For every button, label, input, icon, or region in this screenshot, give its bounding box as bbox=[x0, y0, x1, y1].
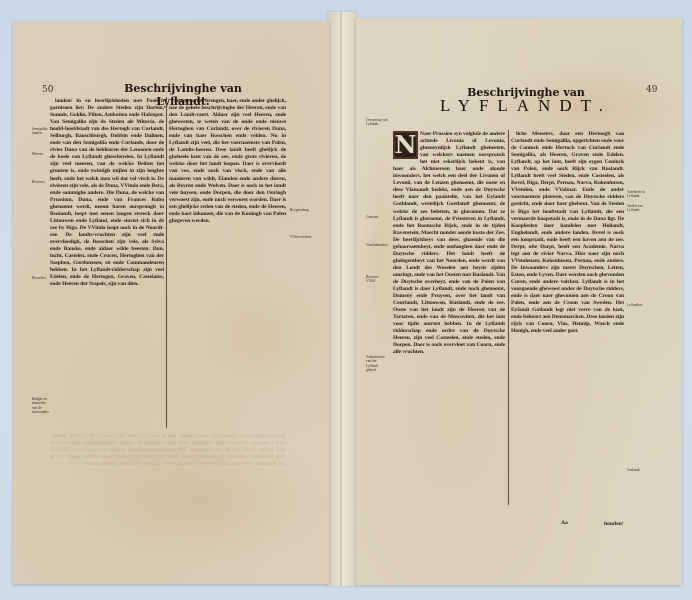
chapter-title: LYFLANDT. bbox=[396, 96, 656, 116]
column-divider bbox=[166, 97, 167, 428]
margin-note: Vruchtbaerheyt. bbox=[366, 243, 388, 247]
margin-note: Bosschen. bbox=[32, 276, 48, 280]
margin-note: Moeren. bbox=[32, 152, 48, 156]
signature-mark: Aa bbox=[561, 520, 568, 526]
show-through-text: Beschrijvinghe van Lyflandt ende andere … bbox=[50, 433, 286, 545]
margin-note: Rivieren. bbox=[32, 180, 48, 184]
margin-note: Schermeister van het Lyflandt gebied. bbox=[366, 355, 388, 373]
initial-spacer bbox=[393, 131, 420, 160]
page-number: 49 bbox=[646, 85, 657, 95]
spine-fold bbox=[340, 12, 342, 586]
margin-note: Gotlandt. bbox=[627, 468, 649, 472]
margin-note: Rivieren. VVild. bbox=[366, 275, 388, 284]
book-spine bbox=[327, 12, 357, 586]
margin-note: Steden van Lyflandt. bbox=[627, 204, 649, 213]
margin-note: VVeer-wolven. bbox=[290, 235, 312, 239]
column-text: Naer Prussien syn volghde de andere acht… bbox=[393, 131, 505, 357]
text-column-1: Naer Prussien syn volghde de andere acht… bbox=[393, 131, 505, 491]
column-text: landen/ in en heerlijckheden met Poolsch… bbox=[50, 98, 164, 288]
margin-note: Reygerschap. bbox=[290, 208, 312, 212]
column-text: aengeroerde, brengen, haer, ende ander g… bbox=[169, 98, 286, 225]
right-page: 49 Beschrijvinghe van LYFLANDT. N Naer P… bbox=[356, 18, 682, 585]
margin-note: Grenzen. bbox=[366, 215, 388, 219]
column-divider bbox=[508, 130, 509, 505]
column-text: liche Meesters, door een Hertoogh van Cu… bbox=[511, 131, 624, 335]
catchword: houden/ bbox=[604, 521, 623, 527]
page-number: 50 bbox=[42, 85, 53, 95]
margin-note: Religie en manieren van de inwoonders. bbox=[32, 397, 48, 415]
margin-note: Semigallia landen. bbox=[32, 127, 48, 136]
text-column-2: aengeroerde, brengen, haer, ende ander g… bbox=[169, 98, 286, 427]
margin-note: Oorsprong van Lyflandt. bbox=[366, 118, 388, 127]
margin-note: Lyflanders. bbox=[627, 303, 649, 307]
text-column-2: liche Meesters, door een Hertoogh van Cu… bbox=[511, 131, 624, 505]
margin-note: Vaerbiede in Lyflandt. bbox=[627, 190, 649, 199]
left-page: 50 Beschrijvinghe van Lyflandt. landen/ … bbox=[13, 21, 329, 584]
text-column-1: landen/ in en heerlijckheden met Poolsch… bbox=[50, 98, 164, 427]
